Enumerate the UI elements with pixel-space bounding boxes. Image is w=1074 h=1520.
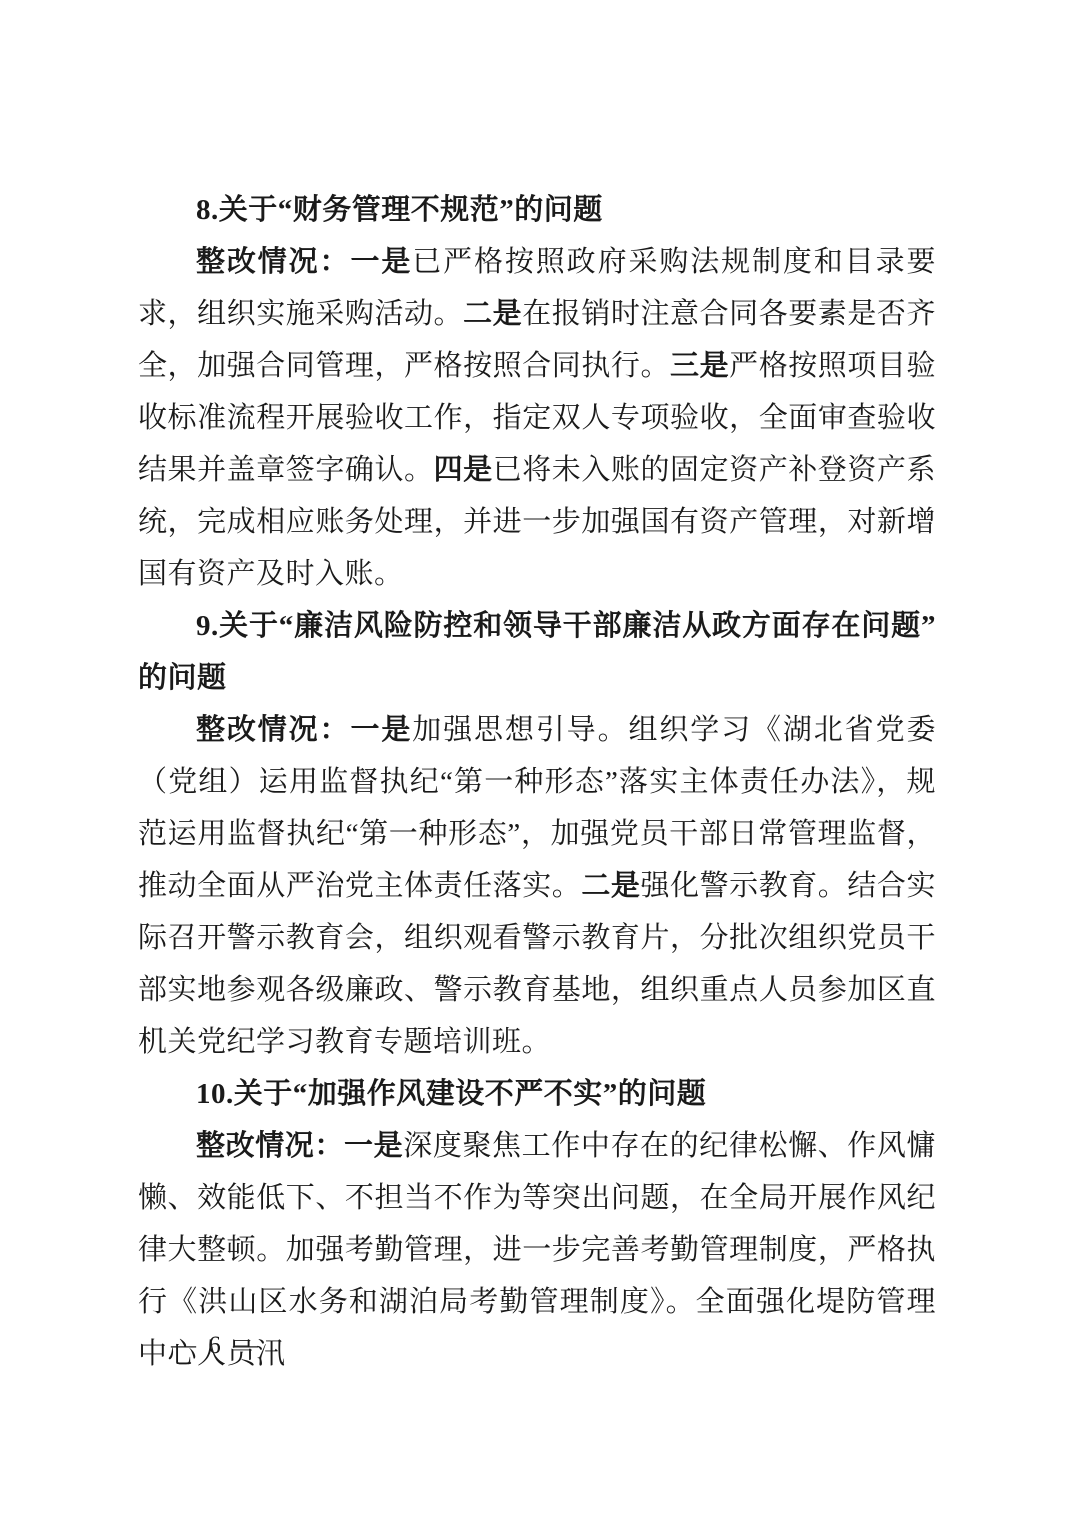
text-run: 一是 — [350, 714, 412, 746]
text-run: 一是 — [350, 246, 412, 278]
page-number: — 6 — — [171, 1330, 261, 1362]
document-page: 8.关于“财务管理不规范”的问题整改情况：一是已严格按照政府采购法规制度和目录要… — [0, 0, 1074, 1520]
text-run: 二是 — [581, 870, 640, 902]
text-run: 二是 — [463, 298, 522, 330]
text-run: 一是 — [344, 1130, 403, 1162]
text-run: 四是 — [434, 454, 493, 486]
text-run: 整改情况： — [196, 714, 350, 746]
text-run: 三是 — [670, 350, 729, 382]
text-run: 整改情况： — [196, 246, 350, 278]
section-paragraph: 整改情况：一是加强思想引导。组织学习《湖北省党委（党组）运用监督执纪“第一种形态… — [138, 704, 936, 1068]
document-body: 8.关于“财务管理不规范”的问题整改情况：一是已严格按照政府采购法规制度和目录要… — [138, 184, 936, 1380]
section-heading: 9.关于“廉洁风险防控和领导干部廉洁从政方面存在问题”的问题 — [138, 600, 936, 704]
section-heading: 8.关于“财务管理不规范”的问题 — [138, 184, 936, 236]
text-run: 整改情况： — [196, 1130, 344, 1162]
section-heading: 10.关于“加强作风建设不严不实”的问题 — [138, 1068, 936, 1120]
section-paragraph: 整改情况：一是已严格按照政府采购法规制度和目录要求，组织实施采购活动。二是在报销… — [138, 236, 936, 600]
